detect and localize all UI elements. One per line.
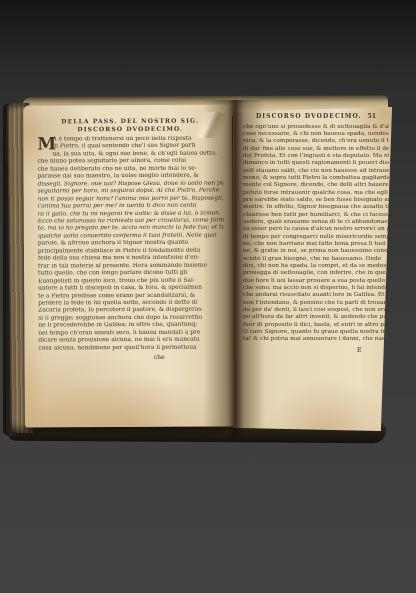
right-page: DISCORSO DVODECIMO. 51 che ogn'uno si pr… — [233, 107, 392, 431]
text-line: non t'intendano, & pensino che tu parli … — [243, 300, 389, 307]
text-line: da per da' denti, li lasci cosi sospesi,… — [243, 307, 389, 314]
left-section-title: DISCORSO DVODECIMO. — [37, 125, 223, 133]
text-line: ne, & gratie in noi, se prima non hauess… — [243, 248, 389, 255]
text-line: prouegga di uettouaglie, con inferire, c… — [243, 270, 389, 277]
text-line: due hore li uoi lassar prouare a sua pos… — [243, 278, 389, 285]
text-line: potuto forse intrauenir qualche cosa, ma… — [243, 190, 389, 197]
text-line: nica, & la comperasse, dicendo, ch'era u… — [243, 138, 389, 145]
text-line: fuor di proposito li dici, basta, et ent… — [243, 322, 389, 329]
text-line: che sono; ma acciò non si disperino, li … — [243, 285, 389, 292]
text-line: pre sarebbe stato saldo, se ben fusse bi… — [243, 197, 389, 204]
text-line: cosa alcuna, nondimeno per quell'hora li… — [38, 344, 224, 352]
text-line: poli stauano saldi, che ciò non hauesse … — [243, 168, 389, 175]
text-line: dici, chi non ha spada, la compri, et da… — [243, 263, 389, 270]
right-page-lines: che ogn'uno si prouedesse & di uettouagl… — [243, 124, 389, 344]
text-line: po all'hora da far altri inventi, & uede… — [243, 314, 389, 321]
drop-cap: M — [37, 137, 50, 151]
text-line: ta! & chi potria mai annouerare i danni,… — [243, 336, 389, 343]
text-line: mente col Signore, dicendo, che delli al… — [243, 182, 389, 189]
catchword: che — [38, 354, 224, 362]
text-line: di tempo per congregarci nelle misericor… — [243, 234, 389, 241]
text-line: uedere, quali erauamo senza di te ci abb… — [243, 219, 389, 226]
right-running-title: DISCORSO DVODECIMO. — [256, 113, 362, 121]
book: DELLA PASS. DEL NOSTRO SIG. DISCORSO DVO… — [0, 0, 416, 593]
left-page-body: M A è tempo di trattenersi un poco nella… — [37, 136, 224, 362]
text-line: morire. In effetto, Signor bisognaua che… — [243, 204, 389, 211]
text-line: uatore a tutti li discepoli in casa, & f… — [38, 285, 224, 293]
left-page: DELLA PASS. DEL NOSTRO SIG. DISCORSO DVO… — [23, 104, 234, 427]
text-line: che ogn'uno si prouedesse & di uettouagl… — [243, 124, 389, 131]
right-page-text-block: DISCORSO DVODECIMO. 51 che ogn'uno si pr… — [243, 113, 389, 354]
text-line: sciuto il gran bisogno, che ne haueuamo.… — [243, 256, 389, 263]
background-surface: DELLA PASS. DEL NOSTRO SIG. DISCORSO DVO… — [0, 0, 416, 593]
text-line: di dar fine alle cose sue, & mettere in … — [243, 146, 389, 153]
text-line: chiarisse ben tutti per humiliarci, & ch… — [243, 212, 389, 219]
text-line: che andarai risuscitato auanti loro in G… — [243, 292, 389, 299]
signature-mark: E — [243, 346, 389, 354]
text-line: za esser però tu causa d'alcun nostro er… — [243, 226, 389, 233]
text-line: del Profeta, Et con l'ingiusti è sta dep… — [243, 153, 389, 160]
left-page-lines: A è tempo di trattenersi un poco nella r… — [37, 136, 224, 353]
left-page-text-block: DELLA PASS. DEL NOSTRO SIG. DISCORSO DVO… — [37, 118, 224, 362]
text-line: meno, & sopra tutti Pietro la combattea … — [243, 175, 389, 182]
text-line: O caro Signore, quanto fu graue quella n… — [243, 329, 389, 336]
text-line: dimanco in tutti questi ragionamenti li … — [243, 160, 389, 167]
folio-number: 51 — [368, 113, 376, 121]
text-line: cose necessarie, & chi non haueua spada,… — [243, 131, 389, 138]
left-running-title: DELLA PASS. DEL NOSTRO SIG. — [37, 118, 223, 126]
right-page-body: che ogn'uno si prouedesse & di uettouagl… — [243, 124, 389, 354]
text-line: ne; che non harriano mai fatto bona pres… — [243, 241, 389, 248]
right-page-header: DISCORSO DVODECIMO. 51 — [243, 113, 389, 121]
